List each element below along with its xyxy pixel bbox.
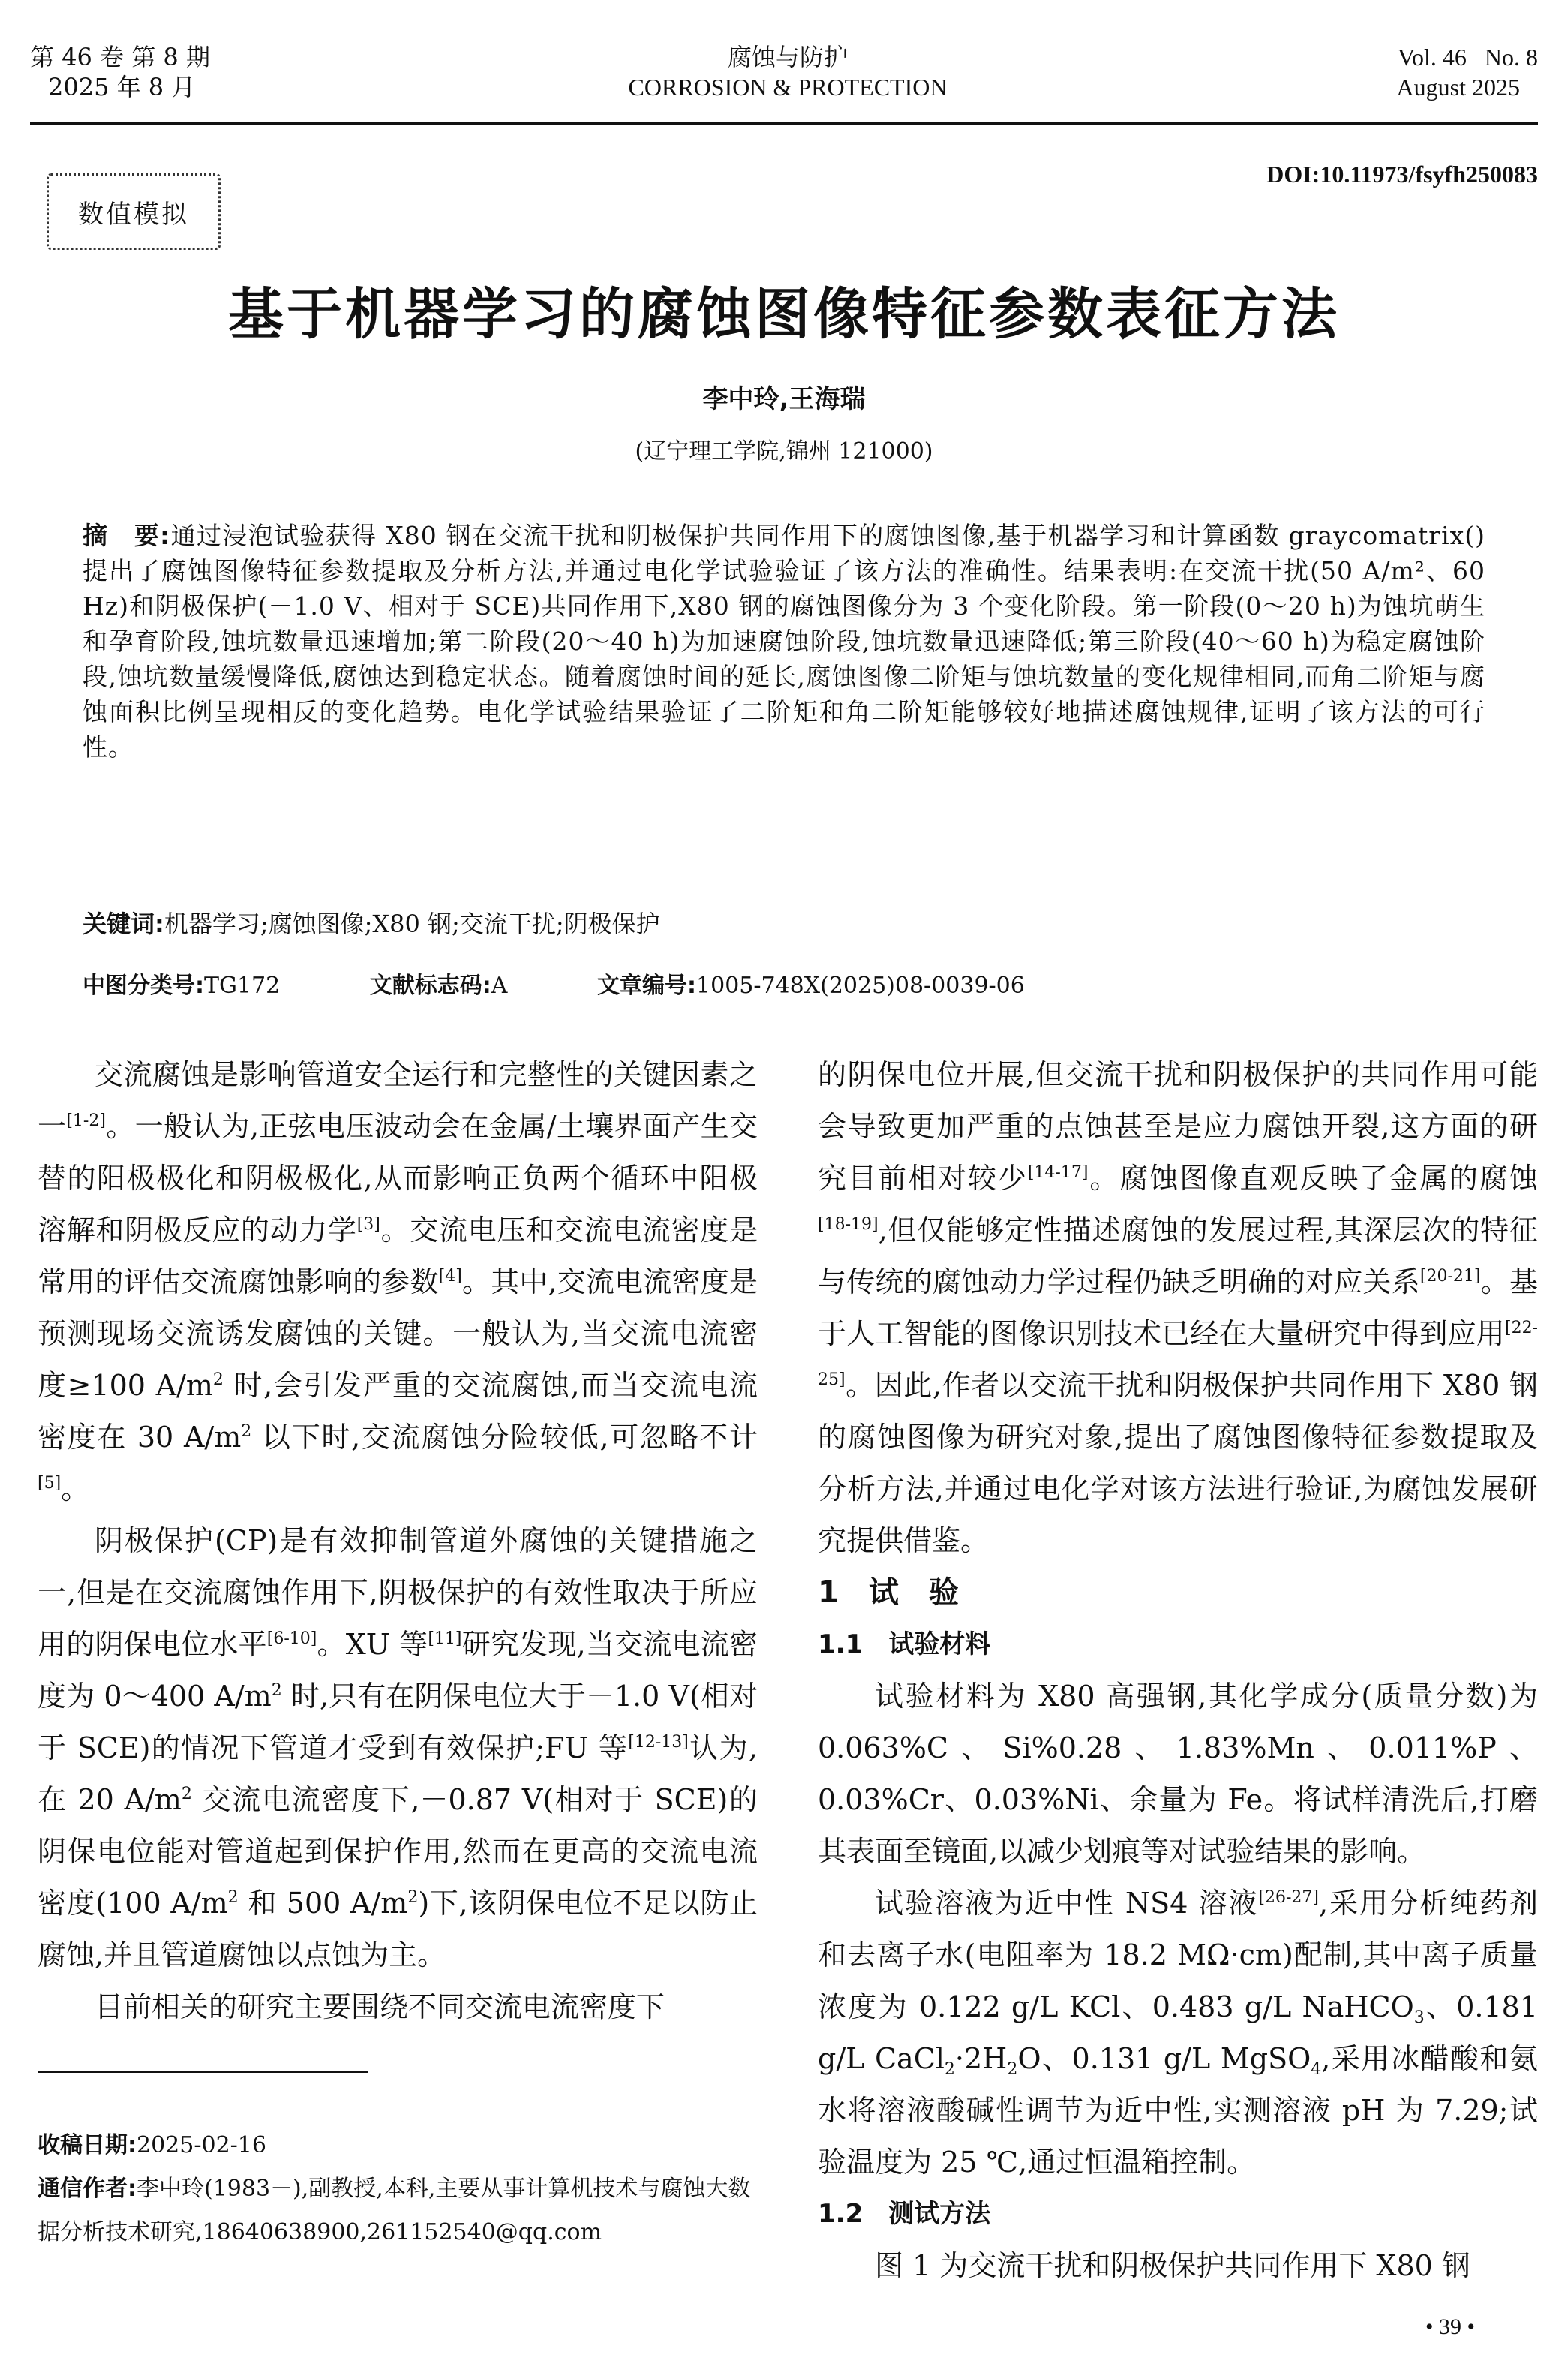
- affiliation: (辽宁理工学院,锦州 121000): [0, 432, 1568, 465]
- date-en: August 2025: [1238, 72, 1538, 102]
- clc-value: TG172: [204, 973, 280, 999]
- column-tag-label: 数值模拟: [78, 194, 189, 230]
- received-date: 收稿日期:2025-02-16: [38, 2124, 758, 2167]
- paragraph: 交流腐蚀是影响管道安全运行和完整性的关键因素之一[1-2]。一般认为,正弦电压波…: [38, 1049, 758, 1515]
- journal-title-cn: 腐蚀与防护: [525, 42, 1050, 72]
- abstract-text: 通过浸泡试验获得 X80 钢在交流干扰和阴极保护共同作用下的腐蚀图像,基于机器学…: [83, 521, 1485, 762]
- article-no-label: 文章编号:: [597, 973, 696, 999]
- abstract: 摘 要:通过浸泡试验获得 X80 钢在交流干扰和阴极保护共同作用下的腐蚀图像,基…: [83, 518, 1485, 765]
- volume-issue-en: Vol. 46 No. 8: [1238, 42, 1538, 72]
- paragraph: 图 1 为交流干扰和阴极保护共同作用下 X80 钢: [818, 2240, 1538, 2292]
- doc-code-value: A: [491, 973, 508, 999]
- citation[interactable]: [6-10]: [267, 1629, 317, 1648]
- paragraph: 阴极保护(CP)是有效抑制管道外腐蚀的关键措施之一,但是在交流腐蚀作用下,阴极保…: [38, 1515, 758, 1981]
- article-no-value: 1005-748X(2025)08-0039-06: [696, 973, 1025, 999]
- volume-issue-cn: 第 46 卷 第 8 期: [30, 42, 255, 72]
- header-rule: [30, 122, 1538, 125]
- article-title: 基于机器学习的腐蚀图像特征参数表征方法: [0, 270, 1568, 350]
- paragraph: 试验溶液为近中性 NS4 溶液[26-27],采用分析纯药剂和去离子水(电阻率为…: [818, 1878, 1538, 2188]
- paragraph: 目前相关的研究主要围绕不同交流电流密度下: [38, 1981, 758, 2033]
- header-center: 腐蚀与防护 CORROSION & PROTECTION: [525, 42, 1050, 102]
- classification-line: 中图分类号:TG172 文献标志码:A 文章编号:1005-748X(2025)…: [83, 967, 1508, 1000]
- header-right: Vol. 46 No. 8 August 2025: [1238, 42, 1538, 102]
- doc-code-group: 文献标志码:A: [370, 973, 508, 999]
- footnote: 收稿日期:2025-02-16 通信作者:李中玲(1983－),副教授,本科,主…: [38, 2124, 758, 2254]
- keywords-label: 关键词:: [83, 910, 164, 938]
- citation[interactable]: [12-13]: [628, 1733, 689, 1752]
- citation[interactable]: [3]: [357, 1215, 380, 1234]
- column-tag: 数值模拟: [47, 173, 221, 250]
- citation[interactable]: [11]: [428, 1629, 461, 1648]
- citation[interactable]: [1-2]: [66, 1111, 106, 1130]
- keywords: 关键词:机器学习;腐蚀图像;X80 钢;交流干扰;阴极保护: [83, 905, 660, 940]
- citation[interactable]: [18-19]: [818, 1215, 879, 1234]
- clc-label: 中图分类号:: [83, 973, 204, 999]
- section-heading-1-2: 1.2 测试方法: [818, 2188, 1538, 2240]
- citation[interactable]: [5]: [38, 1474, 61, 1493]
- citation[interactable]: [14-17]: [1028, 1163, 1089, 1182]
- doc-code-label: 文献标志码:: [370, 973, 491, 999]
- date-cn: 2025 年 8 月: [30, 72, 255, 102]
- journal-title-en: CORROSION & PROTECTION: [525, 72, 1050, 102]
- doi[interactable]: DOI:10.11973/fsyfh250083: [1266, 161, 1538, 188]
- citation[interactable]: [20-21]: [1420, 1267, 1481, 1286]
- corresponding-author: 通信作者:李中玲(1983－),副教授,本科,主要从事计算机技术与腐蚀大数据分析…: [38, 2167, 758, 2254]
- article-no-group: 文章编号:1005-748X(2025)08-0039-06: [597, 973, 1025, 999]
- paragraph: 的阴保电位开展,但交流干扰和阴极保护的共同作用可能会导致更加严重的点蚀甚至是应力…: [818, 1049, 1538, 1567]
- authors: 李中玲,王海瑞: [0, 378, 1568, 415]
- abstract-label: 摘 要:: [83, 521, 170, 550]
- body-column-left: 交流腐蚀是影响管道安全运行和完整性的关键因素之一[1-2]。一般认为,正弦电压波…: [38, 1049, 758, 2033]
- citation[interactable]: [4]: [439, 1267, 462, 1286]
- section-heading-1-1: 1.1 试验材料: [818, 1619, 1538, 1671]
- keywords-text: 机器学习;腐蚀图像;X80 钢;交流干扰;阴极保护: [164, 910, 660, 938]
- paragraph: 试验材料为 X80 高强钢,其化学成分(质量分数)为 0.063%C、Si%0.…: [818, 1671, 1538, 1878]
- footnote-rule: [38, 2071, 368, 2073]
- header-left: 第 46 卷 第 8 期 2025 年 8 月: [30, 42, 255, 102]
- citation[interactable]: [26-27]: [1258, 1888, 1319, 1907]
- clc-group: 中图分类号:TG172: [83, 973, 280, 999]
- body-column-right: 的阴保电位开展,但交流干扰和阴极保护的共同作用可能会导致更加严重的点蚀甚至是应力…: [818, 1049, 1538, 2292]
- page-number: • 39 •: [1425, 2314, 1475, 2340]
- section-heading-1: 1 试 验: [818, 1567, 1538, 1619]
